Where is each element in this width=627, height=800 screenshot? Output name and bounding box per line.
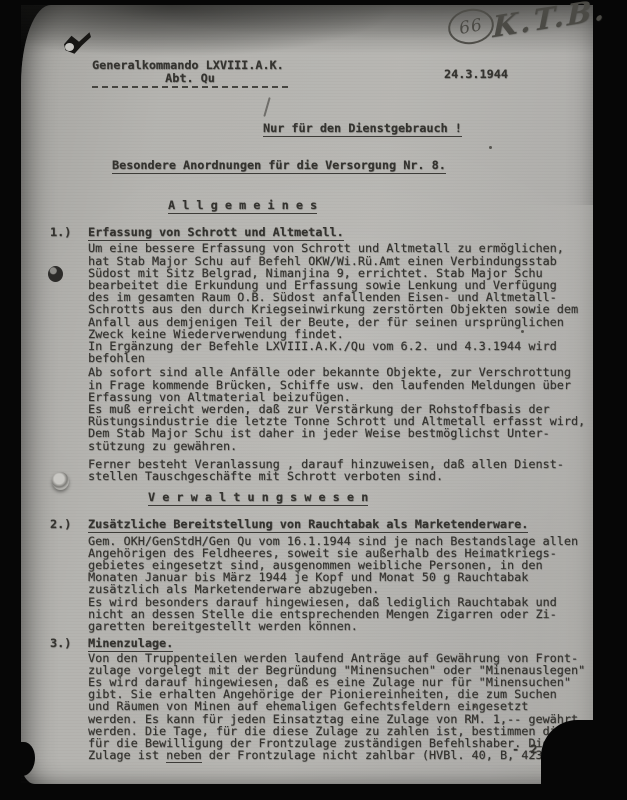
scan-corner-bottom-left	[11, 742, 35, 776]
section-heading-allgemeines: A l l g e m e i n e s	[168, 199, 600, 211]
document-page: 66 K.T.B. Generalkommando LXVIII.A.K. Ab…	[21, 5, 593, 784]
item-1-paragraph-1: Um eine bessere Erfassung von Schrott un…	[88, 242, 600, 364]
punch-hole-bottom	[52, 472, 69, 490]
page-marker-number: 66	[458, 15, 485, 39]
item-1: 1.) Erfassung von Schrott und Altmetall.…	[88, 226, 600, 482]
item-2-paragraph-1: Gem. OKH/GenStdH/Gen Qu vom 16.1.1944 si…	[88, 535, 600, 633]
department-line: Abt. Qu	[92, 72, 288, 88]
department-label: Abt. Qu	[165, 71, 215, 85]
document-date: 24.3.1944	[444, 68, 508, 80]
paper-tear-speck	[65, 43, 74, 51]
unit-name: Generalkommando LXVIII.A.K.	[92, 59, 284, 71]
paper-tear-mark	[61, 31, 91, 55]
section-heading-verwaltungswesen: V e r w a l t u n g s w e s e n	[148, 491, 600, 503]
item-1-paragraph-3: Ferner besteht Veranlassung , darauf hin…	[88, 458, 600, 482]
circled-page-marker: 66	[445, 5, 496, 47]
item-1-title: Erfassung von Schrott und Altmetall.	[88, 225, 344, 241]
document-body: A l l g e m e i n e s 1.) Erfassung von …	[88, 199, 600, 761]
classification-text: Nur für den Dienstgebrauch !	[263, 121, 462, 137]
item-1-number: 1.)	[50, 226, 71, 238]
stray-pen-stroke	[263, 97, 270, 117]
scanned-document: 66 K.T.B. Generalkommando LXVIII.A.K. Ab…	[0, 0, 627, 800]
punch-hole-top	[48, 266, 63, 282]
item-2: 2.) Zusätzliche Bereitstellung von Rauch…	[88, 518, 600, 632]
dust-speck	[489, 146, 492, 149]
item-2-number: 2.)	[50, 518, 71, 530]
item-3-number: 3.)	[50, 637, 71, 649]
classification-line: Nur für den Dienstgebrauch !	[263, 122, 462, 134]
item-1-paragraph-2: Ab sofort sind alle Anfälle oder bekannt…	[88, 366, 600, 451]
document-title: Besondere Anordnungen für die Versorgung…	[112, 159, 446, 171]
emphasized-word: neben	[166, 748, 202, 763]
document-title-text: Besondere Anordnungen für die Versorgung…	[112, 158, 446, 174]
item-2-title: Zusätzliche Bereitstellung von Rauchtaba…	[88, 517, 528, 533]
ktb-handwritten-note: K.T.B.	[492, 0, 607, 44]
scan-corner-bottom-right	[541, 720, 607, 800]
